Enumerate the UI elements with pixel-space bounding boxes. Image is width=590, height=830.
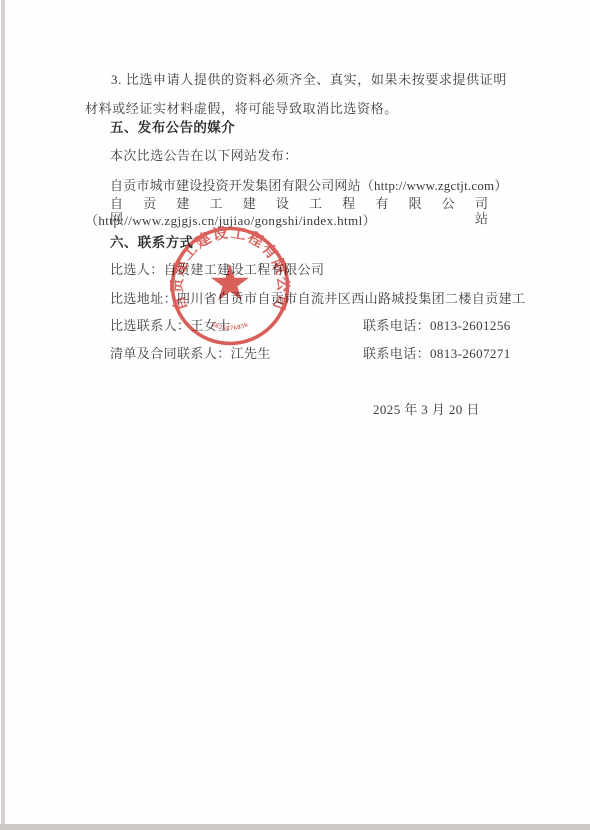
contact-row-liaison-label: 比选联系人：王女士 — [110, 318, 231, 333]
contact-row-liaison-phone: 联系电话：0813-2601256 — [363, 318, 511, 333]
contact-row-contract-phone: 联系电话：0813-2607271 — [363, 346, 511, 361]
section5-heading: 五、发布公告的媒介 — [110, 120, 235, 135]
contact-row-contract-label: 清单及合同联系人：江先生 — [110, 346, 271, 361]
document-date: 2025 年 3 月 20 日 — [373, 402, 480, 417]
contact-row-bixuanren: 比选人：自贡建工建设工程有限公司 — [110, 262, 324, 277]
contact-row-address: 比选地址：四川省自贡市自贡市自流井区西山路城投集团二楼自贡建工 — [110, 291, 525, 306]
section5-intro: 本次比选公告在以下网站发布： — [110, 148, 298, 163]
scan-edge-bottom — [0, 824, 590, 830]
section6-heading: 六、联系方式 — [110, 235, 193, 250]
scan-edge-left — [1, 0, 5, 830]
scanned-document-page: 3. 比选申请人提供的资料必须齐全、真实，如果未按要求提供证明材料或经证实材料虚… — [0, 0, 590, 830]
website-line-1: 自贡市城市建设投资开发集团有限公司网站（http://www.zgctjt.co… — [110, 178, 508, 193]
website-line-2-url: （http://www.zgjgjs.cn/jujiao/gongshi/ind… — [85, 213, 376, 228]
paragraph-item-3: 3. 比选申请人提供的资料必须齐全、真实，如果未按要求提供证明材料或经证实材料虚… — [85, 66, 507, 123]
